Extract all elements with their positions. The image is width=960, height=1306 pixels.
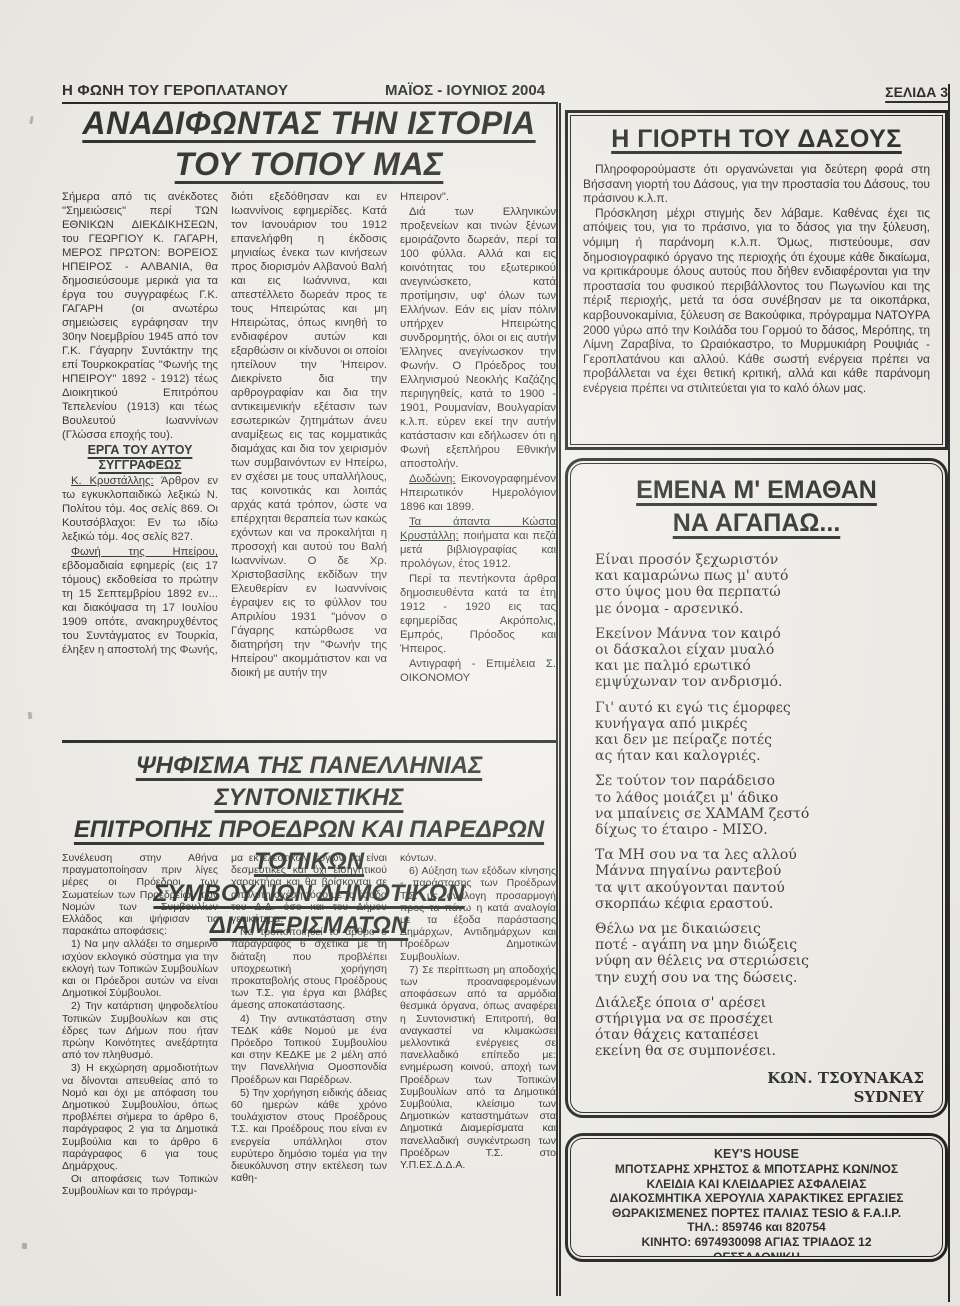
forest-festival-box-inner: Η ΓΙΟΡΤΗ ΤΟΥ ΔΑΣΟΥΣ Πληροφορούμαστε ότι …	[570, 115, 943, 445]
forest-festival-body: Πληροφορούμαστε ότι οργανώνεται για δεύτ…	[583, 162, 930, 396]
column-divider	[556, 103, 561, 1296]
paragraph: μα εκτελεστικών έργων να είναι δεσμευτικ…	[231, 852, 387, 925]
article-byline: Αντιγραφή - Επιμέλεια Σ. ΟΙΚΟΝΟΜΟΥ	[400, 657, 556, 685]
paragraph-lead: Δωδώνη:	[409, 473, 456, 485]
poem-stanza: Διάλεξε όποια σ' αρέσει στήριγμα να σε π…	[595, 995, 930, 1060]
history-column-1: Σήμερα από τις ανέκδοτες "Σημειώσεις" πε…	[62, 190, 218, 740]
poem-box: ΕΜΕΝΑ Μ' ΕΜΑΘΑΝ ΝΑ ΑΓΑΠΑΩ... Είναι προσό…	[565, 458, 948, 1118]
history-column-3: Ηπειρον". Διά των Ελληνικών προξενείων κ…	[400, 190, 556, 740]
poem-body: Είναι προσόν ξεχωριστόν και καμαρώνω πως…	[583, 552, 930, 1060]
poem-title: ΕΜΕΝΑ Μ' ΕΜΑΘΑΝ ΝΑ ΑΓΑΠΑΩ...	[583, 474, 930, 540]
resolution-article-columns: Συνέλευση στην Αθήνα πραγματοποίησαν πρι…	[62, 852, 556, 1296]
paragraph-lead: Κ. Κρυστάλλης:	[71, 475, 154, 487]
ad-body: ΜΠΟΤΣΑΡΗΣ ΧΡΗΣΤΟΣ & ΜΠΟΤΣΑΡΗΣ ΚΩΝ/ΝΟΣ ΚΛ…	[583, 1162, 930, 1257]
scan-artifact	[29, 116, 34, 124]
paragraph: Διά των Ελληνικών προξενείων και τινών ξ…	[400, 205, 556, 471]
paragraph: 1) Να μην αλλάξει το σημερινό ισχύον εκλ…	[62, 938, 218, 999]
poem-stanza: Θέλω να με δικαιώσεις ποτέ - αγάπη να μη…	[595, 921, 930, 986]
paragraph-lead: Φωνή της Ηπείρου,	[71, 546, 218, 558]
history-article-columns: Σήμερα από τις ανέκδοτες "Σημειώσεις" πε…	[62, 190, 556, 740]
poem-box-inner: ΕΜΕΝΑ Μ' ΕΜΑΘΑΝ ΝΑ ΑΓΑΠΑΩ... Είναι προσό…	[570, 463, 943, 1113]
newspaper-page: Η ΦΩΝΗ ΤΟΥ ΓΕΡΟΠΛΑΤΑΝΟΥ ΜΑΪΟΣ - ΙΟΥΝΙΟΣ …	[0, 0, 960, 1306]
forest-festival-box: Η ΓΙΟΡΤΗ ΤΟΥ ΔΑΣΟΥΣ Πληροφορούμαστε ότι …	[565, 110, 948, 450]
resolution-column-3: κόντων. 6) Αύξηση των εξόδων κίνησης - π…	[400, 852, 556, 1296]
right-edge-rule	[948, 84, 950, 1302]
paragraph: 4) Την αντικατάσταση στην ΤΕΔΚ κάθε Νομο…	[231, 1013, 387, 1086]
resolution-column-2: μα εκτελεστικών έργων να είναι δεσμευτικ…	[231, 852, 387, 1296]
masthead-title: Η ΦΩΝΗ ΤΟΥ ΓΕΡΟΠΛΑΤΑΝΟΥ	[62, 82, 288, 99]
paragraph: Δωδώνη: Εικονογραφημένον Ηπειρωτικόν Ημε…	[400, 472, 556, 514]
paragraph: 5) Την χορήγηση ειδικής άδειας 60 ημερών…	[231, 1087, 387, 1185]
paragraph: Συνέλευση στην Αθήνα πραγματοποίησαν πρι…	[62, 852, 218, 937]
paragraph: Να τροποποιηθεί το άρθρο 6 παράγραφος 6 …	[231, 926, 387, 1011]
paragraph: Τα άπαντα Κώστα Κρυστάλλη: ποιήματα και …	[400, 515, 556, 571]
poem-stanza: Σε τούτον τον παράδεισο το λάθος μοιάζει…	[595, 773, 930, 838]
keys-house-ad-box: KEY'S HOUSE ΜΠΟΤΣΑΡΗΣ ΧΡΗΣΤΟΣ & ΜΠΟΤΣΑΡΗ…	[565, 1133, 948, 1262]
poem-author-location: SYDNEY	[583, 1088, 924, 1107]
history-article-title: ΑΝΑΔΙΦΩΝΤΑΣ ΤΗΝ ΙΣΤΟΡΙΑ ΤΟΥ ΤΟΠΟΥ ΜΑΣ	[62, 103, 556, 185]
scan-artifact	[22, 1243, 27, 1249]
paragraph: διότι εξεδόθησαν και εν Ιωαννίνοις εφημε…	[231, 190, 387, 680]
paragraph: Σήμερα από τις ανέκδοτες "Σημειώσεις" πε…	[62, 190, 218, 442]
paragraph: Ηπειρον".	[400, 190, 556, 204]
poem-author: ΚΩΝ. ΤΣΟΥΝΑΚΑΣ	[583, 1069, 924, 1088]
history-column-2: διότι εξεδόθησαν και εν Ιωαννίνοις εφημε…	[231, 190, 387, 740]
paragraph: 3) Η εκχώρηση αρμοδιοτήτων να δίνονται α…	[62, 1062, 218, 1172]
poem-signature: ΚΩΝ. ΤΣΟΥΝΑΚΑΣ SYDNEY	[583, 1069, 930, 1107]
paragraph: 6) Αύξηση των εξόδων κίνησης - παράσταση…	[400, 865, 556, 963]
paragraph: 7) Σε περίπτωση μη αποδοχής των προαναφε…	[400, 964, 556, 1171]
paragraph: Φωνή της Ηπείρου, εβδομαδιαία εφημερίς (…	[62, 545, 218, 657]
poem-stanza: Εκείνον Μάννα τον καιρό οι δάσκαλοι είχα…	[595, 626, 930, 691]
ad-title: KEY'S HOUSE	[583, 1147, 930, 1162]
works-subhead: ΕΡΓΑ ΤΟΥ ΑΥΤΟΥ ΣΥΓΓΡΑΦΕΩΣ	[62, 443, 218, 473]
forest-festival-title: Η ΓΙΟΡΤΗ ΤΟΥ ΔΑΣΟΥΣ	[583, 124, 930, 154]
paragraph: Οι αποφάσεις των Τοπικών Συμβουλίων και …	[62, 1173, 218, 1197]
poem-stanza: Είναι προσόν ξεχωριστόν και καμαρώνω πως…	[595, 552, 930, 617]
resolution-column-1: Συνέλευση στην Αθήνα πραγματοποίησαν πρι…	[62, 852, 218, 1296]
paragraph: Περί τα πεντήκοντα άρθρα δημοσιευθέντα κ…	[400, 572, 556, 656]
paragraph: Πληροφορούμαστε ότι οργανώνεται για δεύτ…	[583, 162, 930, 206]
scan-artifact	[28, 712, 33, 719]
issue-date: ΜΑΪΟΣ - ΙΟΥΝΙΟΣ 2004	[320, 82, 610, 99]
paragraph: Κ. Κρυστάλλης: Άρθρον εν τω εγκυκλοπαιδι…	[62, 474, 218, 544]
keys-house-ad-inner: KEY'S HOUSE ΜΠΟΤΣΑΡΗΣ ΧΡΗΣΤΟΣ & ΜΠΟΤΣΑΡΗ…	[570, 1138, 943, 1257]
paragraph: 2) Την κατάρτιση ψηφοδελτίου Τοπικών Συμ…	[62, 1000, 218, 1061]
paragraph: Πρόσκληση μέχρι στιγμής δεν λάβαμε. Καθέ…	[583, 206, 930, 396]
section-rule	[62, 740, 556, 743]
paragraph-text: εβδομαδιαία εφημερίς (εις 17 τόμους) εκδ…	[62, 560, 218, 656]
poem-stanza: Τα ΜΗ σου να τα λες αλλού Μάννα πηγαίνω …	[595, 847, 930, 912]
paragraph: κόντων.	[400, 852, 556, 864]
poem-stanza: Γι' αυτό κι εγώ τις έμορφες κυνήγαγα από…	[595, 700, 930, 765]
page-number: ΣΕΛΙΔΑ 3	[800, 84, 948, 100]
